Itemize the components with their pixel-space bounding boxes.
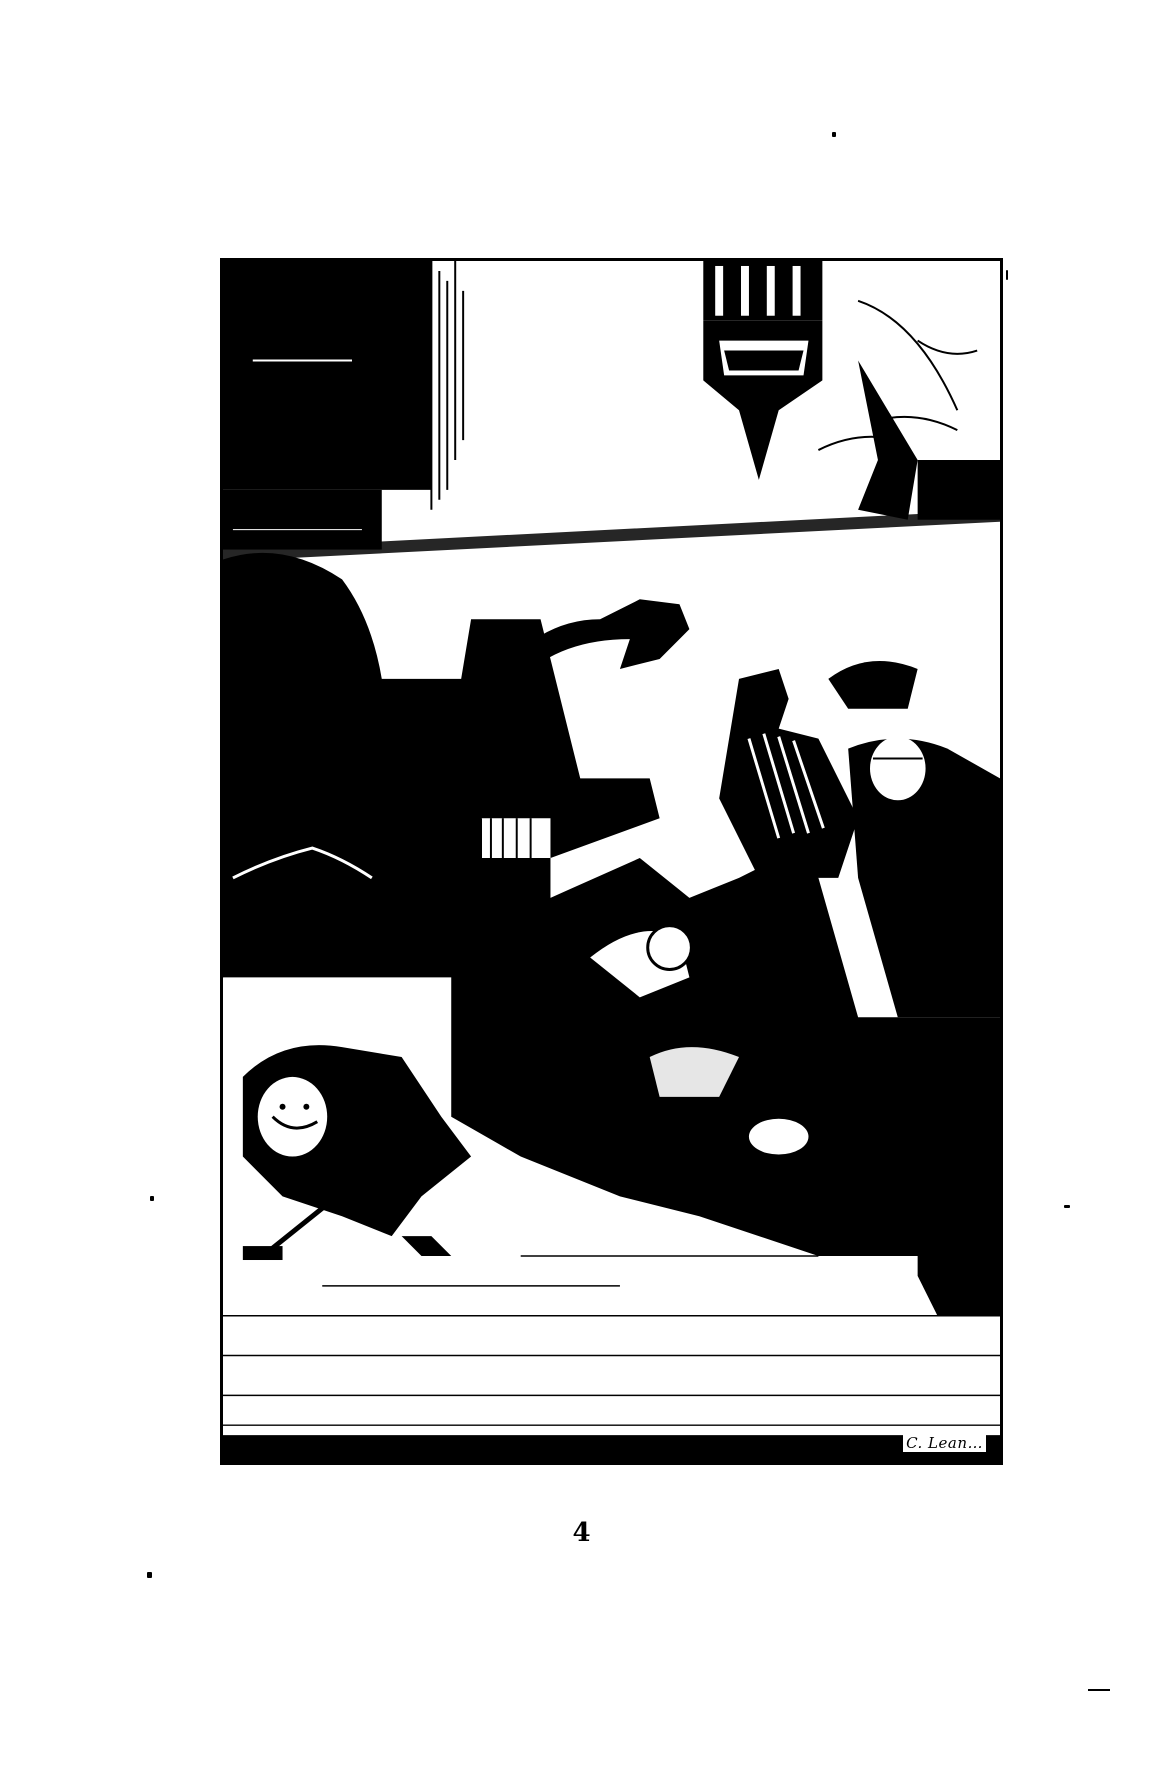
scan-speck [832,132,836,137]
scan-speck [150,1196,154,1201]
scan-speck [1064,1205,1070,1208]
scan-speck [1006,270,1008,280]
book-page: C. Lean… 4 [0,0,1163,1777]
illustration-plate: C. Lean… [220,258,1003,1465]
scan-speck [147,1572,152,1578]
page-number: 4 [0,1518,1163,1548]
artist-signature: C. Lean… [903,1434,986,1452]
scan-mark [1088,1689,1110,1691]
engraving-illustration [223,261,1000,1462]
